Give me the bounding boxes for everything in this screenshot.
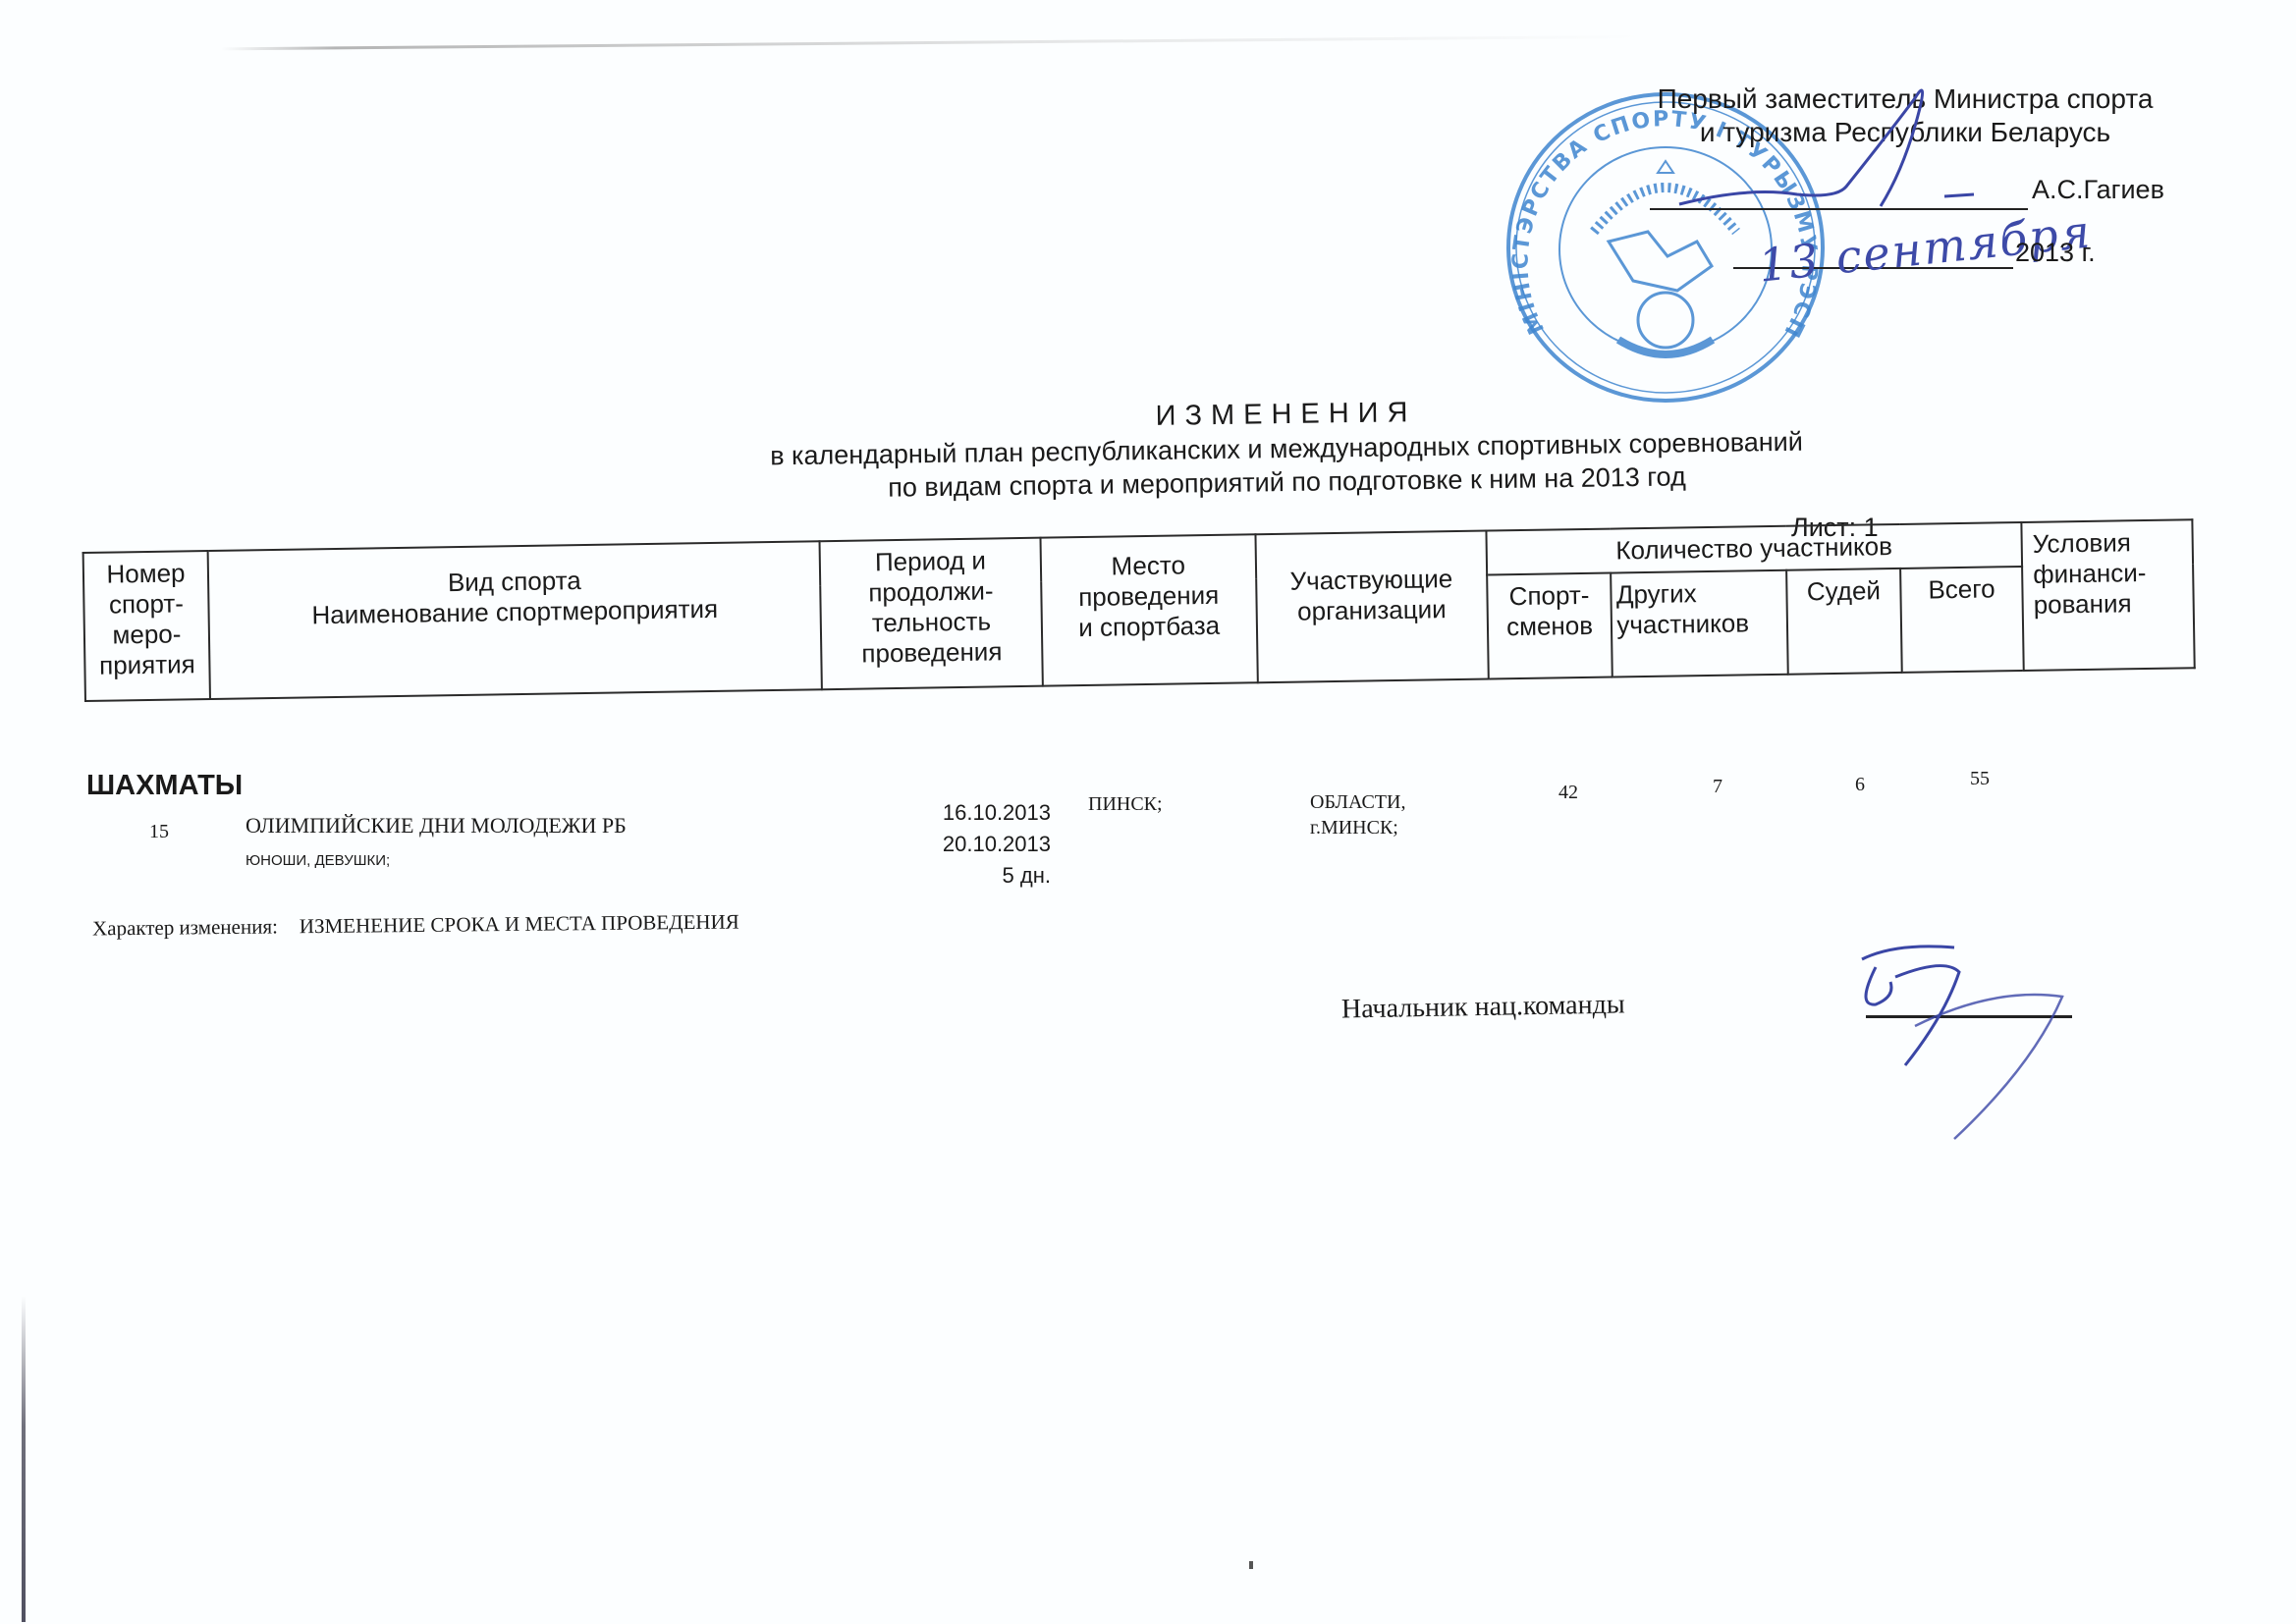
- minister-signature-icon: [1669, 79, 2082, 216]
- count-judges: 6: [1855, 774, 1865, 796]
- header-number: Номерспорт- меро-приятия: [83, 551, 210, 701]
- header-organizations: Участвующиеорганизации: [1255, 531, 1488, 683]
- header-place: Местопроведения и спортбаза: [1040, 534, 1257, 685]
- change-description: Характер изменения:ИЗМЕНЕНИЕ СРОКА И МЕС…: [92, 910, 739, 942]
- sport-category: ШАХМАТЫ: [86, 770, 243, 802]
- header-financing: Условияфинанси- рования: [2021, 519, 2194, 671]
- event-number: 15: [149, 821, 169, 843]
- header-judges: Судей: [1786, 568, 1902, 675]
- header-sport-kind: Вид спорта Наименование спортмероприятия: [208, 541, 823, 699]
- event-date-end: 20.10.2013: [884, 829, 1051, 860]
- chief-signature-icon: [1836, 938, 2170, 1144]
- approval-year: 2013 г.: [2015, 238, 2096, 268]
- change-value: ИЗМЕНЕНИЕ СРОКА И МЕСТА ПРОВЕДЕНИЯ: [300, 910, 739, 939]
- count-sportsmen: 42: [1558, 782, 1578, 804]
- event-date-start: 16.10.2013: [884, 797, 1051, 829]
- event-organizations: ОБЛАСТИ, г.МИНСК;: [1310, 789, 1405, 840]
- calendar-table-header: Номерспорт- меро-приятия Вид спорта Наим…: [82, 518, 2196, 702]
- header-total: Всего: [1900, 567, 2023, 673]
- header-sportsmen: Спорт-сменов: [1487, 573, 1613, 679]
- header-other-participants: Другихучастников: [1612, 570, 1788, 677]
- scan-dot: [1249, 1561, 1253, 1569]
- event-name: ОЛИМПИЙСКИЕ ДНИ МОЛОДЕЖИ РБ: [246, 813, 627, 839]
- header-period: Период ипродолжи- тельностьпроведения: [820, 538, 1043, 690]
- chief-title: Начальник нац.команды: [1341, 989, 1625, 1025]
- event-category: ЮНОШИ, ДЕВУШКИ;: [246, 852, 390, 869]
- scan-artifact-top: [221, 35, 1645, 51]
- event-period: 16.10.2013 20.10.2013 5 дн.: [884, 797, 1051, 892]
- scan-artifact-left: [22, 1296, 26, 1622]
- count-total: 55: [1970, 768, 1990, 790]
- count-others: 7: [1713, 776, 1722, 798]
- event-place: ПИНСК;: [1088, 793, 1163, 816]
- event-duration: 5 дн.: [884, 860, 1051, 892]
- change-label: Характер изменения:: [92, 914, 278, 940]
- document-title: ИЗМЕНЕНИЯ в календарный план республикан…: [549, 387, 2023, 510]
